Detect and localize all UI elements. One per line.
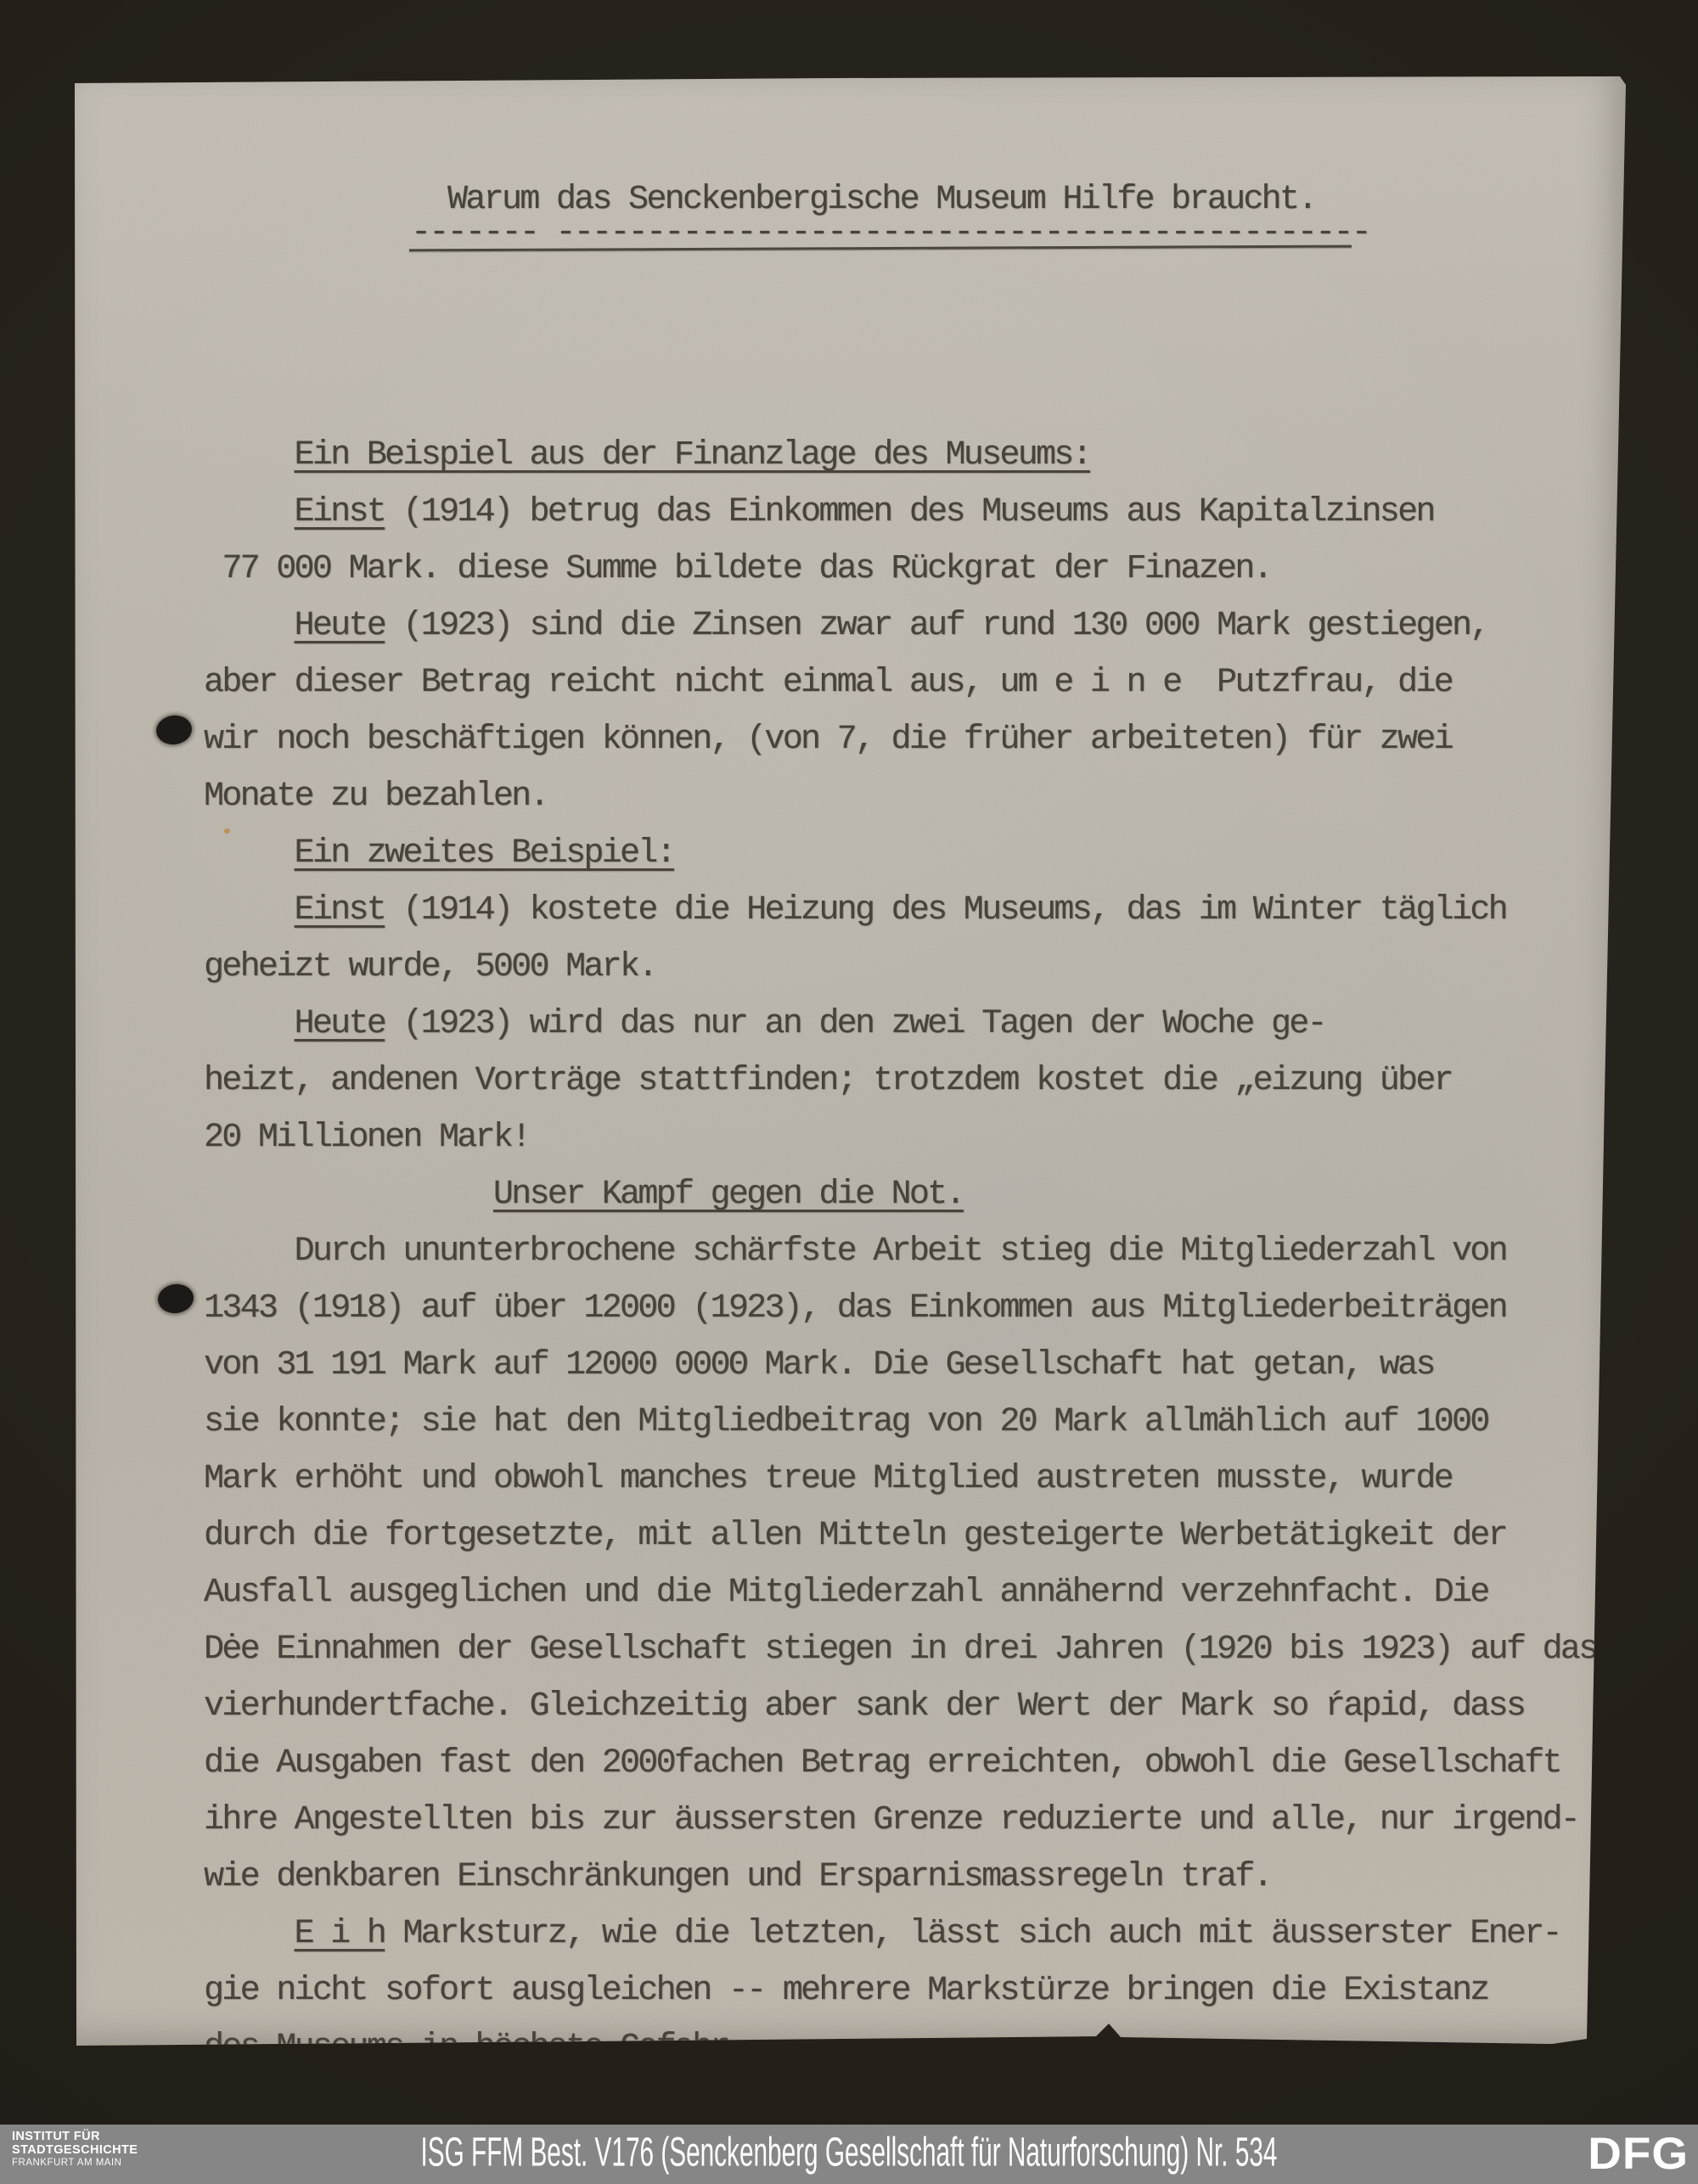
document-page: Warum das Senckenbergische Museum Hilfe … [75, 76, 1626, 2047]
line-indent [204, 1915, 295, 1953]
typewritten-line: 20 Millionen Mark! [204, 1109, 1596, 1166]
typewritten-line: Monate zu bezahlen. [204, 768, 1596, 825]
line-indent [204, 607, 295, 645]
line-underlined-text: Ein zweites Beispiel: [295, 834, 674, 873]
typewritten-line: Unser Kampf gegen die Not. [204, 1166, 1596, 1223]
line-text: durch die fortgesetzte, mit allen Mittel… [204, 1517, 1506, 1555]
typewritten-line: sie konnte; sie hat den Mitgliedbeitrag … [204, 1394, 1596, 1451]
dfg-logo: DFG [1588, 2127, 1689, 2180]
line-text: die Ausgaben fast den 2000fachen Betrag … [204, 1744, 1560, 1783]
line-text: vierhundertfache. Gleichzeitig aber sank… [204, 1687, 1524, 1726]
line-underlined-text: E i h [295, 1915, 385, 1953]
line-underlined-text: Heute [295, 1005, 385, 1043]
line-indent [204, 891, 295, 929]
line-text: geheizt wurde, 5000 Mark. [204, 948, 656, 986]
line-text: Mark erhöht und obwohl manches treue Mit… [204, 1460, 1452, 1498]
document-title: Warum das Senckenbergische Museum Hilfe … [447, 183, 1316, 217]
institution-logo-text: INSTITUT FÜR STADTGESCHICHTE FRANKFURT A… [12, 2130, 138, 2170]
typewritten-line: 77 000 Mark. diese Summe bildete das Rüc… [204, 541, 1596, 598]
typewritten-line: Ein zweites Beispiel: [204, 825, 1596, 882]
line-text: Durch ununterbrochene schärfste Arbeit s… [295, 1232, 1506, 1271]
typewritten-line: Durch ununterbrochene schärfste Arbeit s… [204, 1223, 1596, 1280]
line-underlined-text: Einst [295, 493, 385, 531]
typewritten-line: E i h Marksturz, wie die letzten, lässt … [204, 1906, 1596, 1962]
punch-hole-bottom [156, 1282, 195, 1316]
typewritten-line: Dėe Einnahmen der Gesellschaft stiegen i… [204, 1621, 1596, 1678]
institution-line2: STADTGESCHICHTE [12, 2143, 138, 2157]
institution-line3: FRANKFURT AM MAIN [12, 2157, 138, 2170]
typewritten-line: vierhundertfache. Gleichzeitig aber sank… [204, 1678, 1596, 1735]
line-indent [204, 493, 295, 531]
line-underlined-text: Heute [295, 607, 385, 645]
line-text: ihre Angestellten bis zur äussersten Gre… [204, 1801, 1578, 1839]
line-text: heizt, andenen Vorträge stattfinden; tro… [204, 1062, 1452, 1100]
typewritten-line: geheizt wurde, 5000 Mark. [204, 939, 1596, 996]
line-text: Dėe Einnahmen der Gesellschaft stiegen i… [204, 1631, 1596, 1669]
line-underlined-text: Einst [295, 891, 385, 929]
line-text: Ausfall ausgeglichen und die Mitgliederz… [204, 1574, 1488, 1612]
line-indent [204, 1232, 295, 1271]
typewritten-line: aber dieser Betrag reicht nicht einmal a… [204, 654, 1596, 711]
line-indent [204, 1176, 493, 1214]
typewritten-line: wir noch beschäftigen können, (von 7, di… [204, 711, 1596, 768]
line-text: 20 Millionen Mark! [204, 1119, 529, 1157]
typewritten-line: Heute (1923) sind die Zinsen zwar auf ru… [204, 598, 1596, 654]
line-text: sie konnte; sie hat den Mitgliedbeitrag … [204, 1403, 1488, 1441]
line-text: Marksturz, wie die letzten, lässt sich a… [385, 1915, 1560, 1953]
archive-reference: ISG FFM Best. V176 (Senckenberg Gesellsc… [421, 2129, 1278, 2176]
archive-footer: INSTITUT FÜR STADTGESCHICHTE FRANKFURT A… [0, 2125, 1698, 2184]
line-text: (1914) betrug das Einkommen des Museums … [385, 493, 1434, 531]
line-text: (1914) kostete die Heizung des Museums, … [385, 891, 1506, 929]
scanned-document-viewer: { "page": { "background_color": "#231f1c… [0, 0, 1698, 2184]
typewritten-line: von 31 191 Mark auf 12000 000Θ Mark. Die… [204, 1337, 1596, 1394]
line-text: gie nicht sofort ausgleichen -- mehrere … [204, 1972, 1488, 2010]
typewritten-line: ihre Angestellten bis zur äussersten Gre… [204, 1792, 1596, 1849]
line-text: (1923) wird das nur an den zwei Tagen de… [385, 1005, 1325, 1043]
line-text: wir noch beschäftigen können, (von 7, di… [204, 721, 1452, 759]
line-text: aber dieser Betrag reicht nicht einmal a… [204, 664, 1452, 702]
institution-line1: INSTITUT FÜR [12, 2130, 138, 2143]
typewritten-line: des Museums in höchste Gefahr. [204, 2019, 1596, 2076]
typewritten-line: gie nicht sofort ausgleichen -- mehrere … [204, 1962, 1596, 2019]
typewritten-line: heizt, andenen Vorträge stattfinden; tro… [204, 1053, 1596, 1109]
typewritten-line: Mark erhöht und obwohl manches treue Mit… [204, 1451, 1596, 1507]
typewritten-line: Einst (1914) betrug das Einkommen des Mu… [204, 484, 1596, 541]
typewritten-line: Heute (1923) wird das nur an den zwei Ta… [204, 996, 1596, 1053]
line-indent [204, 1005, 295, 1043]
typewritten-line: Ausfall ausgeglichen und die Mitgliederz… [204, 1564, 1596, 1621]
line-text: von 31 191 Mark auf 12000 000Θ Mark. Die… [204, 1346, 1434, 1384]
typewritten-line: durch die fortgesetzte, mit allen Mittel… [204, 1507, 1596, 1564]
line-text: (1923) sind die Zinsen zwar auf rund 130… [385, 607, 1488, 645]
line-text: 77 000 Mark. diese Summe bildete das Rüc… [222, 550, 1271, 588]
line-underlined-text: Unser Kampf gegen die Not. [493, 1176, 964, 1214]
line-indent [204, 436, 295, 474]
typewritten-line: 1343 (1918) auf über 12000 (1923), das E… [204, 1280, 1596, 1337]
line-text: des Museums in höchste Gefahr. [204, 2029, 746, 2067]
typewritten-line: die Ausgaben fast den 2000fachen Betrag … [204, 1735, 1596, 1792]
typewritten-line: Ein Beispiel aus der Finanzlage des Muse… [204, 427, 1596, 484]
line-text: Monate zu bezahlen. [204, 778, 548, 816]
line-indent [204, 550, 222, 588]
typewritten-line: Einst (1914) kostete die Heizung des Mus… [204, 882, 1596, 939]
typewritten-line: wie denkbaren Einschränkungen und Erspar… [204, 1849, 1596, 1906]
line-text: wie denkbaren Einschränkungen und Erspar… [204, 1858, 1271, 1896]
punch-hole-top [155, 713, 194, 747]
line-indent [204, 834, 295, 873]
line-underlined-text: Ein Beispiel aus der Finanzlage des Muse… [295, 436, 1090, 474]
line-text: 1343 (1918) auf über 12000 (1923), das E… [204, 1289, 1506, 1328]
document-body: Ein Beispiel aus der Finanzlage des Muse… [204, 256, 1596, 2076]
